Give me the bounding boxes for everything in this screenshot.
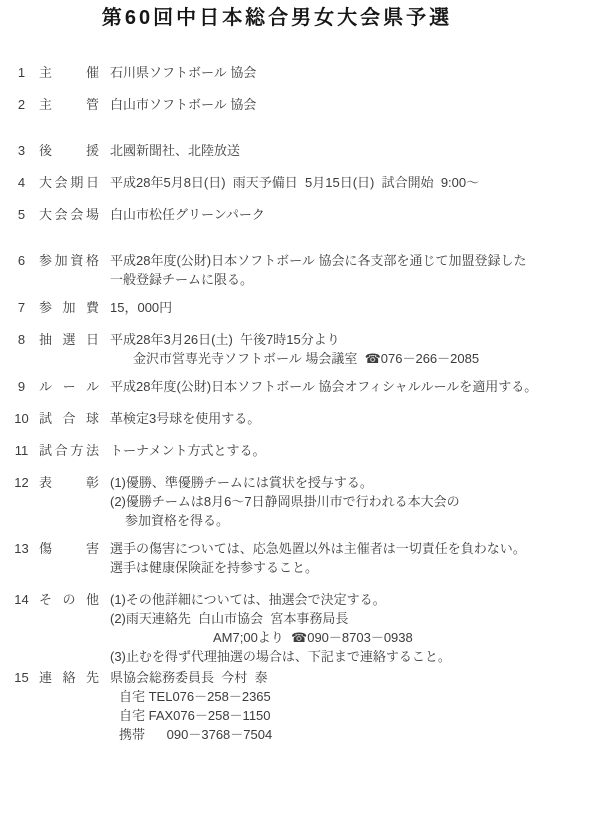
item-label: 表彰 — [39, 473, 99, 492]
item-number: 4 — [14, 173, 29, 192]
item-8: 8抽選日平成28年3月26日(土) 午後7時15分より金沢市営専光寺ソフトボール… — [14, 330, 600, 368]
document-page: 第60回中日本総合男女大会県予選 1主催石川県ソフトボール 協会2主管白山市ソフ… — [0, 0, 600, 815]
item-number: 7 — [14, 298, 29, 317]
text-line: 自宅 TEL076－258－2365 — [110, 687, 600, 706]
item-number: 9 — [14, 377, 29, 396]
item-number: 3 — [14, 141, 29, 160]
text-line: 白山市ソフトボール 協会 — [110, 95, 600, 114]
item-content: 革検定3号球を使用する。 — [110, 409, 600, 428]
item-content: (1)その他詳細については、抽選会で決定する。(2)雨天連絡先 白山市協会 宮本… — [110, 590, 600, 666]
document-title: 第60回中日本総合男女大会県予選 — [0, 6, 600, 30]
item-label: 試合方法 — [39, 441, 99, 460]
item-15: 15連絡先県協会総務委員長 今村 泰自宅 TEL076－258－2365自宅 F… — [14, 668, 600, 744]
text-line: 選手の傷害については、応急処置以外は主催者は一切責任を負わない。 — [110, 539, 600, 558]
item-content: 平成28年5月8日(日) 雨天予備日 5月15日(日) 試合開始 9:00〜 — [110, 173, 600, 192]
item-14: 14その他(1)その他詳細については、抽選会で決定する。(2)雨天連絡先 白山市… — [14, 590, 600, 666]
item-content: 北國新聞社、北陸放送 — [110, 141, 600, 160]
text-line: 15，000円 — [110, 298, 600, 317]
item-10: 10試合球革検定3号球を使用する。 — [14, 409, 600, 428]
text-line: 一般登録チームに限る。 — [110, 270, 600, 289]
item-label: ルール — [39, 377, 99, 396]
item-label: 大会期日 — [39, 173, 99, 192]
item-label: 傷害 — [39, 539, 99, 558]
item-content: 石川県ソフトボール 協会 — [110, 63, 600, 82]
item-11: 11試合方法トーナメント方式とする。 — [14, 441, 600, 460]
item-number: 15 — [14, 668, 29, 687]
item-number: 10 — [14, 409, 29, 428]
item-2: 2主管白山市ソフトボール 協会 — [14, 95, 600, 114]
text-line: AM7;00より ☎090－8703－0938 — [110, 628, 600, 647]
item-number: 6 — [14, 251, 29, 270]
item-label: 主管 — [39, 95, 99, 114]
item-content: 平成28年度(公財)日本ソフトボール 協会オフィシャルルールを適用する。 — [110, 377, 600, 396]
item-5: 5大会会場白山市松任グリーンパーク — [14, 205, 600, 224]
item-label: その他 — [39, 590, 99, 609]
item-content: 白山市松任グリーンパーク — [110, 205, 600, 224]
item-label: 主催 — [39, 63, 99, 82]
text-line: 革検定3号球を使用する。 — [110, 409, 600, 428]
item-label: 大会会場 — [39, 205, 99, 224]
text-line: 白山市松任グリーンパーク — [110, 205, 600, 224]
item-number: 11 — [14, 441, 29, 460]
item-number: 13 — [14, 539, 29, 558]
item-1: 1主催石川県ソフトボール 協会 — [14, 63, 600, 82]
text-line: 平成28年5月8日(日) 雨天予備日 5月15日(日) 試合開始 9:00〜 — [110, 173, 600, 192]
text-line: 石川県ソフトボール 協会 — [110, 63, 600, 82]
text-line: 平成28年度(公財)日本ソフトボール 協会オフィシャルルールを適用する。 — [110, 377, 600, 396]
item-content: (1)優勝、準優勝チームには賞状を授与する。(2)優勝チームは8月6〜7日静岡県… — [110, 473, 600, 530]
text-line: (2)雨天連絡先 白山市協会 宮本事務局長 — [110, 609, 600, 628]
item-content: 選手の傷害については、応急処置以外は主催者は一切責任を負わない。選手は健康保険証… — [110, 539, 600, 577]
item-number: 12 — [14, 473, 29, 492]
text-line: 金沢市営専光寺ソフトボール 場会議室 ☎076－266－2085 — [110, 349, 600, 368]
item-12: 12表彰(1)優勝、準優勝チームには賞状を授与する。(2)優勝チームは8月6〜7… — [14, 473, 600, 530]
item-content: 県協会総務委員長 今村 泰自宅 TEL076－258－2365自宅 FAX076… — [110, 668, 600, 744]
item-4: 4大会期日平成28年5月8日(日) 雨天予備日 5月15日(日) 試合開始 9:… — [14, 173, 600, 192]
item-number: 5 — [14, 205, 29, 224]
item-7: 7参加費15，000円 — [14, 298, 600, 317]
text-line: (1)その他詳細については、抽選会で決定する。 — [110, 590, 600, 609]
item-content: 白山市ソフトボール 協会 — [110, 95, 600, 114]
text-line: (3)止むを得ず代理抽選の場合は、下記まで連絡すること。 — [110, 647, 600, 666]
text-line: 県協会総務委員長 今村 泰 — [110, 668, 600, 687]
text-line: 参加資格を得る。 — [110, 511, 600, 530]
item-label: 参加費 — [39, 298, 99, 317]
item-content: トーナメント方式とする。 — [110, 441, 600, 460]
item-number: 14 — [14, 590, 29, 609]
item-content: 平成28年3月26日(土) 午後7時15分より金沢市営専光寺ソフトボール 場会議… — [110, 330, 600, 368]
text-line: 平成28年度(公財)日本ソフトボール 協会に各支部を通じて加盟登録した — [110, 251, 600, 270]
item-label: 参加資格 — [39, 251, 99, 270]
item-content: 平成28年度(公財)日本ソフトボール 協会に各支部を通じて加盟登録した一般登録チ… — [110, 251, 600, 289]
item-3: 3後援北國新聞社、北陸放送 — [14, 141, 600, 160]
item-6: 6参加資格平成28年度(公財)日本ソフトボール 協会に各支部を通じて加盟登録した… — [14, 251, 600, 289]
item-label: 抽選日 — [39, 330, 99, 349]
item-label: 試合球 — [39, 409, 99, 428]
item-9: 9ルール平成28年度(公財)日本ソフトボール 協会オフィシャルルールを適用する。 — [14, 377, 600, 396]
text-line: (2)優勝チームは8月6〜7日静岡県掛川市で行われる本大会の — [110, 492, 600, 511]
item-number: 1 — [14, 63, 29, 82]
item-number: 8 — [14, 330, 29, 349]
items-list: 1主催石川県ソフトボール 協会2主管白山市ソフトボール 協会3後援北國新聞社、北… — [0, 63, 600, 744]
text-line: トーナメント方式とする。 — [110, 441, 600, 460]
item-13: 13傷害選手の傷害については、応急処置以外は主催者は一切責任を負わない。選手は健… — [14, 539, 600, 577]
text-line: 平成28年3月26日(土) 午後7時15分より — [110, 330, 600, 349]
item-number: 2 — [14, 95, 29, 114]
item-label: 後援 — [39, 141, 99, 160]
text-line: 自宅 FAX076－258－1150 — [110, 706, 600, 725]
text-line: 選手は健康保険証を持参すること。 — [110, 558, 600, 577]
text-line: 北國新聞社、北陸放送 — [110, 141, 600, 160]
item-content: 15，000円 — [110, 298, 600, 317]
text-line: 携帯 090－3768－7504 — [110, 725, 600, 744]
item-label: 連絡先 — [39, 668, 99, 687]
text-line: (1)優勝、準優勝チームには賞状を授与する。 — [110, 473, 600, 492]
